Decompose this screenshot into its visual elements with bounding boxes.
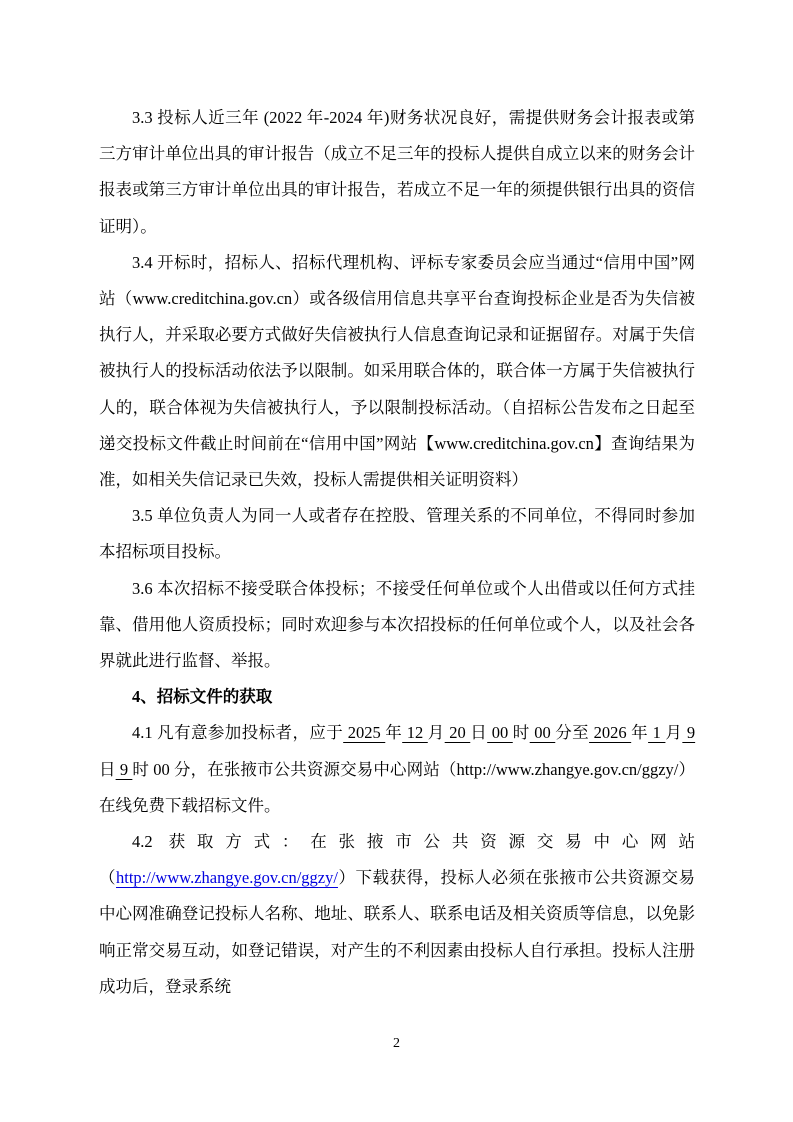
text-run: 4、招标文件的获取 (132, 687, 272, 706)
text-run: 时 (513, 723, 530, 742)
text-run: 3.4 开标时，招标人、招标代理机构、评标专家委员会应当通过“信用中国”网站（w… (99, 253, 695, 489)
text-run: 4.1 凡有意参加投标者，应于 (132, 723, 343, 742)
text-run: 9 (116, 760, 133, 779)
text-run: 时 00 分，在张掖市公共资源交易中心网站（http://www.zhangye… (99, 760, 695, 815)
text-run: 月 (428, 723, 445, 742)
text-run: ）下载获得，投标人必须在张掖市公共资源交易中心网准确登记投标人名称、地址、联系人… (99, 868, 695, 996)
text-run: 00 (487, 723, 513, 742)
heading-section-4: 4、招标文件的获取 (99, 679, 695, 715)
text-run: 3.3 投标人近三年 (2022 年-2024 年)财务状况良好，需提供财务会计… (99, 108, 695, 236)
document-page: 3.3 投标人近三年 (2022 年-2024 年)财务状况良好，需提供财务会计… (0, 0, 793, 1122)
text-run: 2026 (589, 723, 631, 742)
text-run: 3.5 单位负责人为同一人或者存在控股、管理关系的不同单位，不得同时参加本招标项… (99, 506, 695, 561)
page-footer: 2 (0, 1036, 793, 1052)
para-3-3: 3.3 投标人近三年 (2022 年-2024 年)财务状况良好，需提供财务会计… (99, 100, 695, 245)
text-run: 月 (665, 723, 682, 742)
text-run: 2025 (343, 723, 385, 742)
text-run: 3.6 本次招标不接受联合体投标；不接受任何单位或个人出借或以任何方式挂靠、借用… (99, 579, 695, 670)
text-run: 分至 (555, 723, 589, 742)
text-run: 日 (470, 723, 487, 742)
para-3-5: 3.5 单位负责人为同一人或者存在控股、管理关系的不同单位，不得同时参加本招标项… (99, 498, 695, 570)
para-3-6: 3.6 本次招标不接受联合体投标；不接受任何单位或个人出借或以任何方式挂靠、借用… (99, 571, 695, 680)
text-run: 20 (445, 723, 471, 742)
para-4-2: 4.2 获取方式：在张掖市公共资源交易中心网站（http://www.zhang… (99, 824, 695, 1005)
text-run: 9 (682, 723, 695, 742)
page-number: 2 (393, 1036, 400, 1051)
text-run: 日 (99, 760, 116, 779)
para-3-4: 3.4 开标时，招标人、招标代理机构、评标专家委员会应当通过“信用中国”网站（w… (99, 245, 695, 498)
zhangye-ggzy-link[interactable]: http://www.zhangye.gov.cn/ggzy/ (116, 868, 338, 887)
text-run: 年 (385, 723, 402, 742)
document-body: 3.3 投标人近三年 (2022 年-2024 年)财务状况良好，需提供财务会计… (99, 100, 695, 1005)
text-run: 年 (631, 723, 648, 742)
text-run: 12 (402, 723, 428, 742)
text-run: 00 (530, 723, 556, 742)
text-run: 1 (648, 723, 665, 742)
para-4-1: 4.1 凡有意参加投标者，应于 2025 年 12 月 20 日 00 时 00… (99, 715, 695, 824)
